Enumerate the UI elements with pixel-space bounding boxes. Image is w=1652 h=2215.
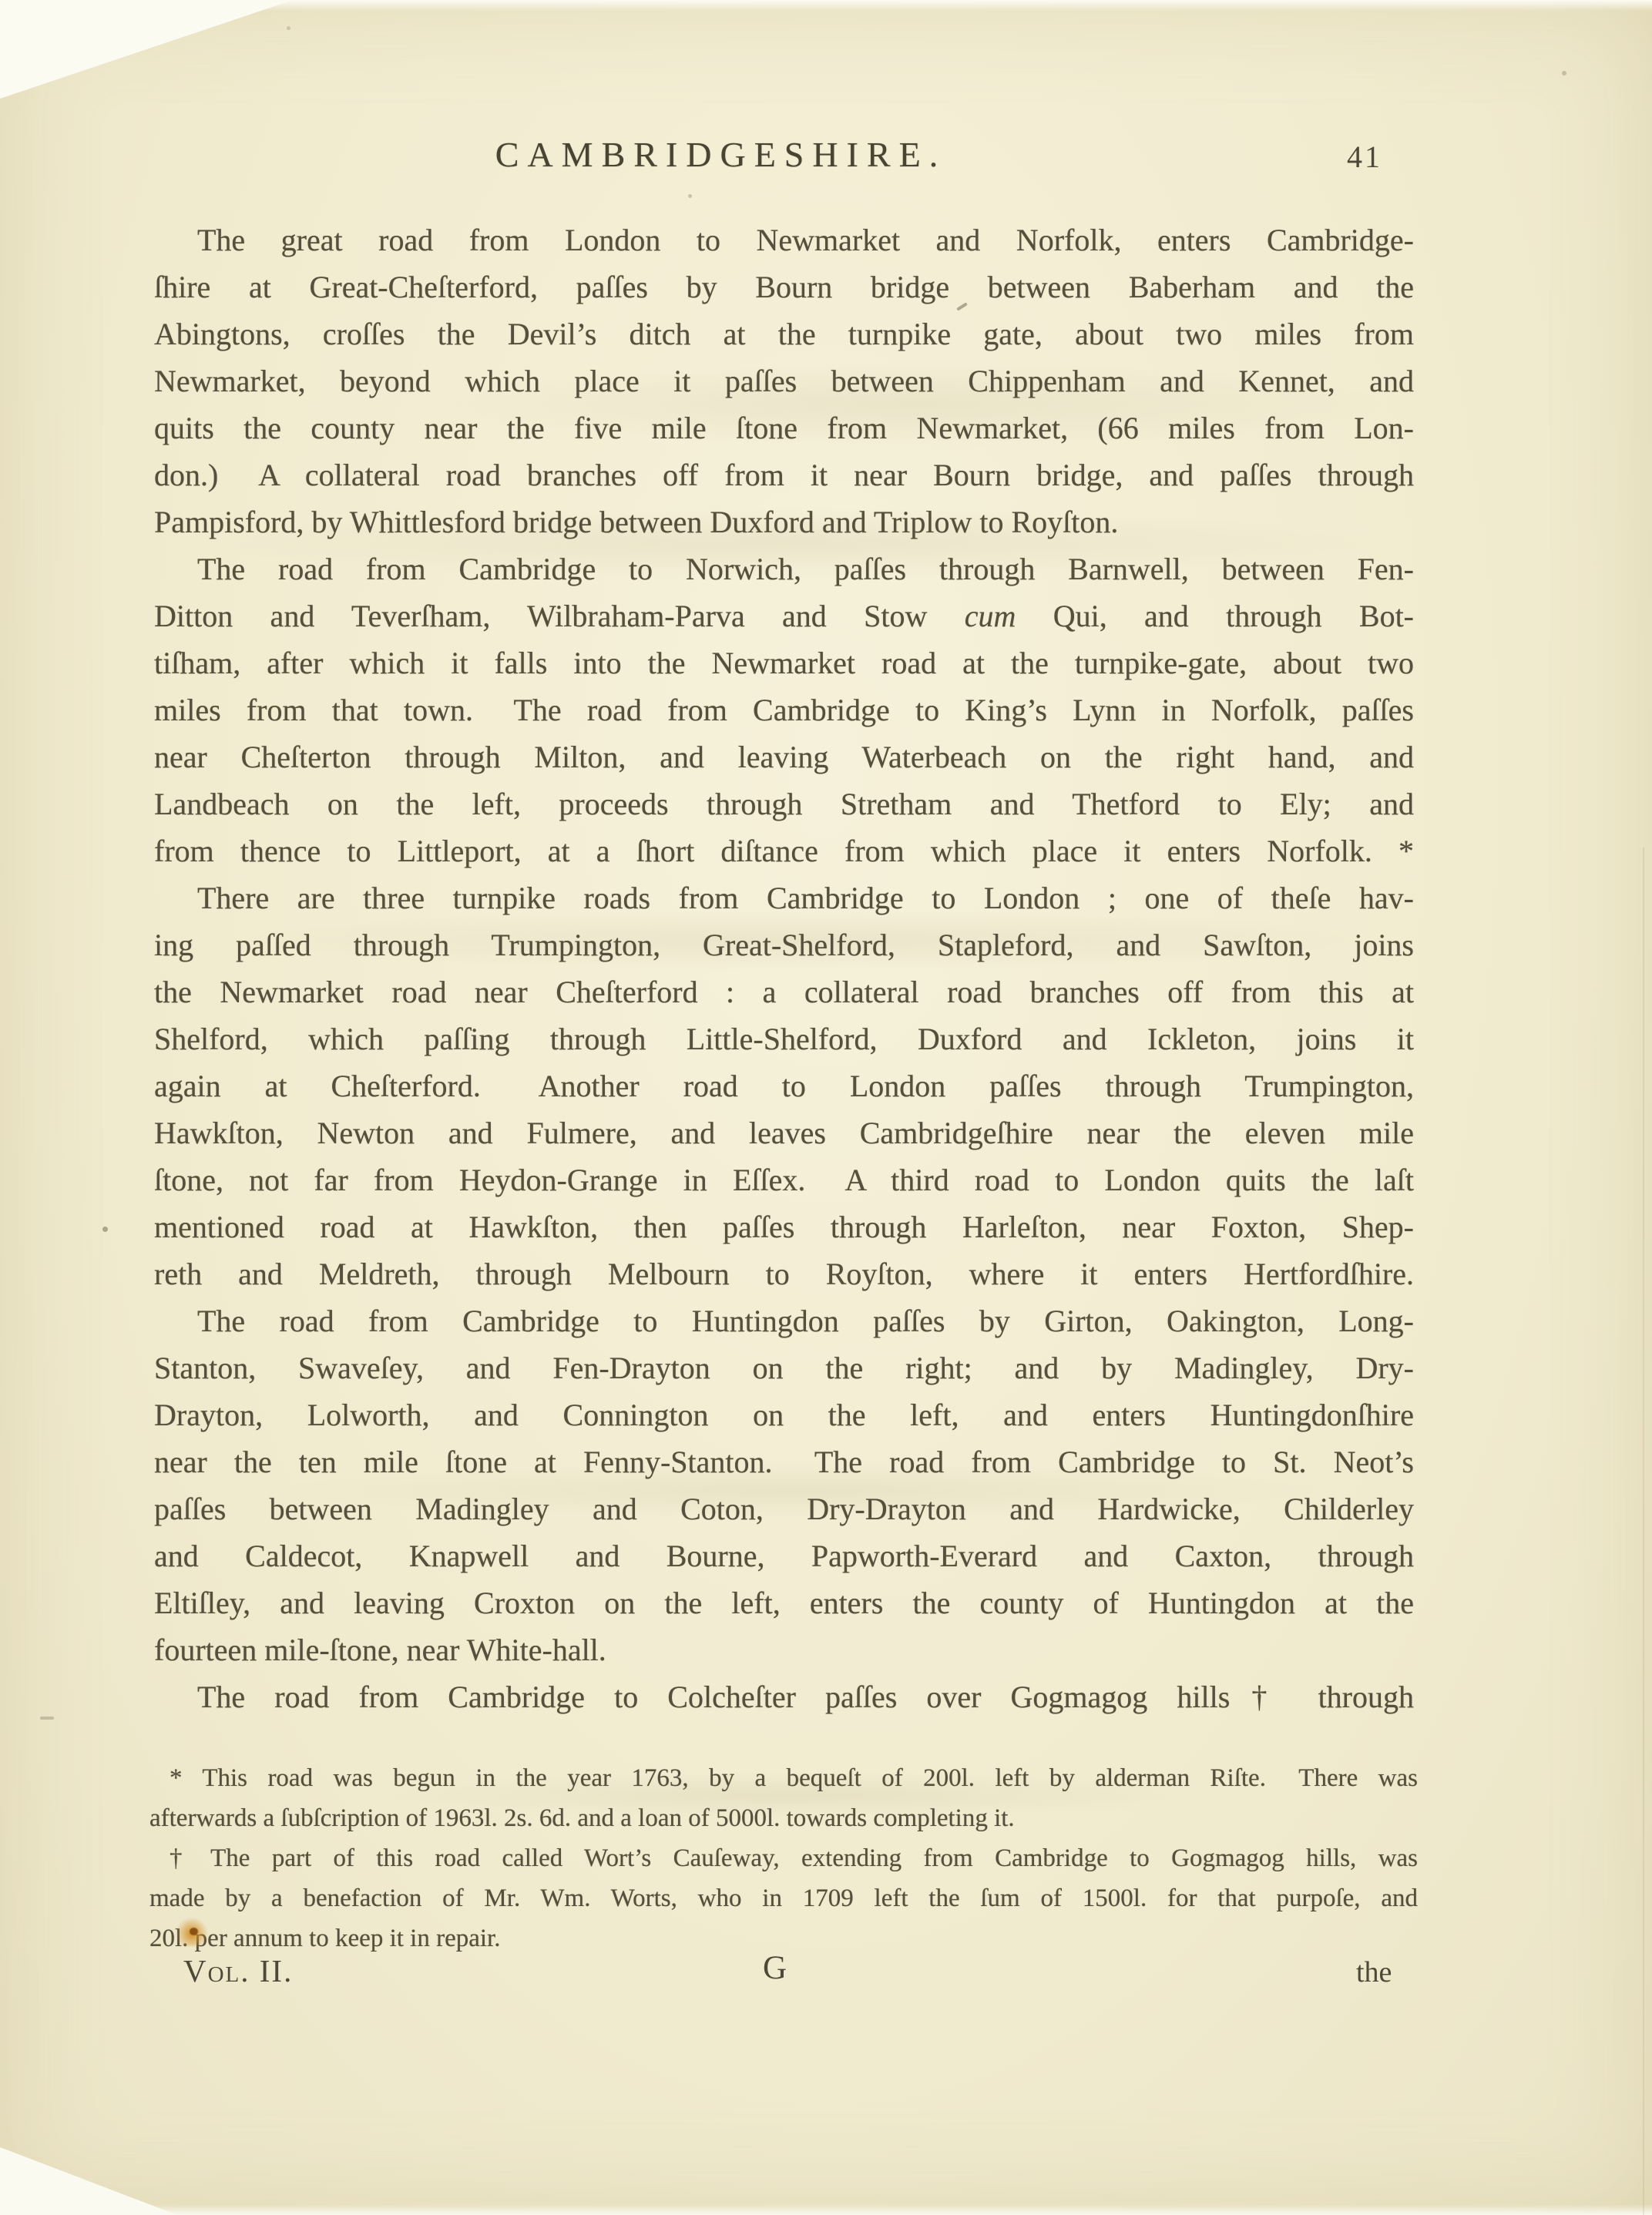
paragraph: The road from Cambridge to Norwich, paſſ… xyxy=(154,545,1414,874)
text-line: Stanton, Swaveſey, and Fen-Drayton on th… xyxy=(154,1344,1414,1391)
margin-speck xyxy=(287,26,290,30)
margin-speck xyxy=(1562,71,1566,76)
text-line: mentioned road at Hawkſton, then paſſes … xyxy=(154,1203,1414,1250)
text-line: The road from Cambridge to Huntingdon pa… xyxy=(154,1297,1414,1344)
text-line: near Cheſterton through Milton, and leav… xyxy=(154,733,1414,780)
paragraph: The road from Cambridge to Colcheſter pa… xyxy=(154,1673,1414,1720)
scan-corner-top-left xyxy=(0,0,293,99)
margin-mark xyxy=(40,1717,54,1720)
text-line: reth and Meldreth, through Melbourn to R… xyxy=(154,1250,1414,1297)
text-line: Drayton, Lolworth, and Connington on the… xyxy=(154,1391,1414,1438)
text-line: fourteen mile-ſtone, near White-hall. xyxy=(154,1626,1414,1673)
text-line: made by a benefaction of Mr. Wm. Worts, … xyxy=(149,1878,1418,1918)
text-line: There are three turnpike roads from Camb… xyxy=(154,874,1414,921)
text-line: Hawkſton, Newton and Fulmere, and leaves… xyxy=(154,1109,1414,1156)
text-line: Newmarket, beyond which place it paſſes … xyxy=(154,357,1414,404)
paragraph: The great road from London to Newmarket … xyxy=(154,216,1414,545)
text-line: Abingtons, croſſes the Devil’s ditch at … xyxy=(154,310,1414,357)
page-number: 41 xyxy=(1347,139,1382,175)
catchword: the xyxy=(1356,1955,1392,1989)
text-line: afterwards a ſubſcription of 1963l. 2s. … xyxy=(149,1798,1418,1838)
text-line: quits the county near the five mile ſton… xyxy=(154,404,1414,451)
text-line: ſtone, not far from Heydon-Grange in Eſſ… xyxy=(154,1156,1414,1203)
text-line: ſhire at Great-Cheſterford, paſſes by Bo… xyxy=(154,263,1414,310)
text-line: and Caldecot, Knapwell and Bourne, Papwo… xyxy=(154,1532,1414,1579)
page-crease xyxy=(1643,847,1644,2215)
page-title: CAMBRIDGESHIRE. xyxy=(495,134,946,175)
volume-label: Vol. II. xyxy=(183,1952,293,1989)
text-line: † The part of this road called Wort’s Ca… xyxy=(149,1838,1418,1878)
text-line: the Newmarket road near Cheſterford : a … xyxy=(154,968,1414,1015)
text-line: don.) A collateral road branches off fro… xyxy=(154,451,1414,498)
text-line: * This road was begun in the year 1763, … xyxy=(149,1758,1418,1798)
text-line: miles from that town. The road from Camb… xyxy=(154,686,1414,733)
text-line: again at Cheſterford. Another road to Lo… xyxy=(154,1062,1414,1109)
text-line: paſſes between Madingley and Coton, Dry-… xyxy=(154,1485,1414,1532)
text-line: Pampisford, by Whittlesford bridge betwe… xyxy=(154,498,1414,545)
body-text: The great road from London to Newmarket … xyxy=(154,216,1414,1720)
paragraph: The road from Cambridge to Huntingdon pa… xyxy=(154,1297,1414,1673)
paragraph: † The part of this road called Wort’s Ca… xyxy=(149,1838,1418,1958)
text-line: The great road from London to Newmarket … xyxy=(154,216,1414,263)
text-line: Landbeach on the left, proceeds through … xyxy=(154,780,1414,827)
margin-speck xyxy=(102,1227,108,1232)
footnotes: * This road was begun in the year 1763, … xyxy=(149,1758,1418,1958)
scan-edge-bottom xyxy=(0,2204,1652,2215)
book-page-scan: CAMBRIDGESHIRE. 41 The great road from L… xyxy=(0,0,1652,2215)
ink-stain-core xyxy=(190,1928,198,1935)
margin-speck xyxy=(688,194,692,198)
page-footer: Vol. II. G the xyxy=(0,1948,1652,2002)
text-line: from thence to Littleport, at a ſhort di… xyxy=(154,827,1414,874)
text-line: Eltiſley, and leaving Croxton on the lef… xyxy=(154,1579,1414,1626)
text-line: The road from Cambridge to Norwich, paſſ… xyxy=(154,545,1414,592)
paragraph: * This road was begun in the year 1763, … xyxy=(149,1758,1418,1838)
text-line: The road from Cambridge to Colcheſter pa… xyxy=(154,1673,1414,1720)
text-line: Shelford, which paſſing through Little-S… xyxy=(154,1015,1414,1062)
text-line: tiſham, after which it falls into the Ne… xyxy=(154,639,1414,686)
running-head: CAMBRIDGESHIRE. 41 xyxy=(154,134,1414,188)
signature-mark: G xyxy=(763,1949,787,1987)
text-line: near the ten mile ſtone at Fenny-Stanton… xyxy=(154,1438,1414,1485)
text-line: Ditton and Teverſham, Wilbraham-Parva an… xyxy=(154,592,1414,639)
text-line: ing paſſed through Trumpington, Great-Sh… xyxy=(154,921,1414,968)
paragraph: There are three turnpike roads from Camb… xyxy=(154,874,1414,1297)
